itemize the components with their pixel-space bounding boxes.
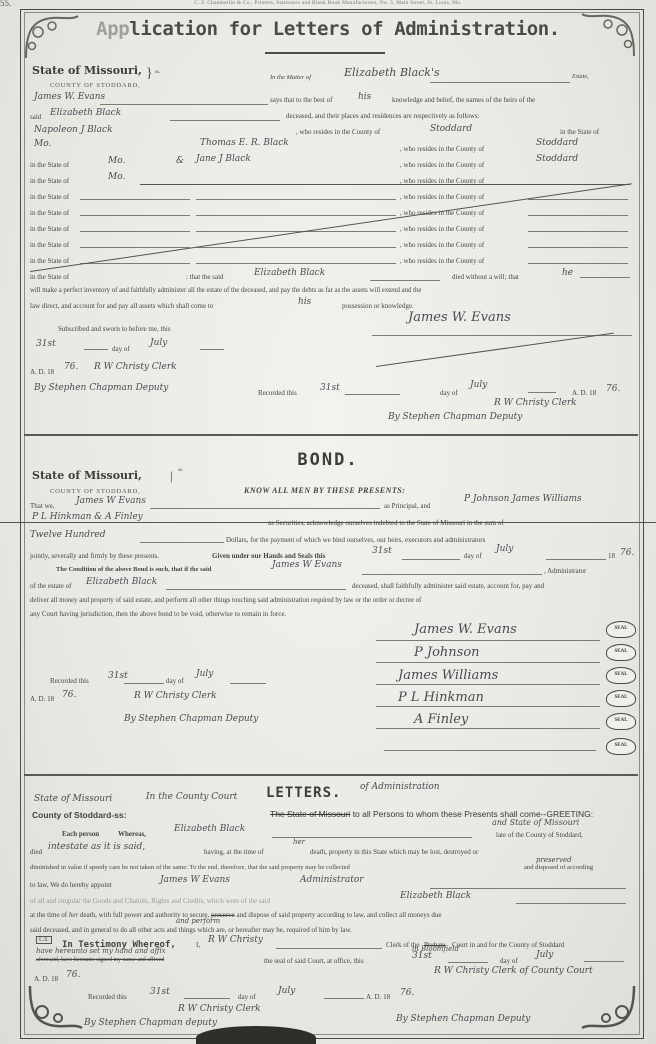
bond-signer: James W. Evans [414, 622, 517, 637]
bond-deputy: By Stephen Chapman Deputy [124, 714, 258, 724]
bond-title: BOND. [0, 450, 656, 470]
letters-testimony-month: July [536, 950, 553, 960]
deputy-signature: By Stephen Chapman Deputy [34, 383, 168, 393]
application-body: will make a perfect inventory of and fai… [30, 287, 421, 294]
bond-venue-state: State of Missouri, [32, 469, 142, 482]
bond-recorded-day: 31st [108, 671, 128, 681]
printer-imprint: C. F. Chamberlin & Co., Printers, Statio… [0, 0, 656, 6]
letters-recorded-day: 31st [150, 987, 170, 997]
corner-ornament-icon [26, 982, 86, 1032]
letters-goods-name: Elizabeth Black [400, 891, 471, 901]
recorded-clerk: R W Christy Clerk [494, 398, 577, 408]
letters-intestate: intestate as it is said, [48, 842, 145, 852]
title-rule [265, 52, 385, 54]
bond-signer: P L Hinkman [398, 690, 484, 705]
seal-icon: SEAL [606, 713, 636, 730]
heir-state: Mo. [108, 156, 125, 166]
letters-appointee: James W Evans [160, 875, 230, 885]
venue-ss: ss. [155, 70, 160, 75]
recorded-month: July [470, 380, 487, 390]
heir-name: Thomas E. R. Black [200, 138, 289, 148]
ink-blotch [196, 1026, 316, 1044]
bond-sum: Twelve Hundred [30, 530, 105, 540]
letters-recorded-month: July [278, 986, 295, 996]
letters-deputy-right: By Stephen Chapman Deputy [396, 1014, 530, 1024]
clerk-signature: R W Christy Clerk [94, 362, 177, 372]
bond-signer: A Finley [414, 712, 468, 727]
heir-name: Napoleon J Black [34, 125, 113, 135]
letters-appointee-role: Administrator [300, 875, 364, 885]
bond-principal: James W Evans [76, 496, 146, 506]
know-all-men: KNOW ALL MEN BY THESE PRESENTS: [244, 486, 405, 495]
letters-recorded-clerk: R W Christy Clerk [178, 1004, 261, 1014]
letters-title: LETTERS. [266, 785, 341, 801]
bond-securities: P Johnson James Williams [464, 494, 582, 504]
sworn-year: 76. [64, 362, 78, 372]
section-divider [24, 434, 638, 436]
deceased-name: Elizabeth Black [50, 108, 121, 118]
heir-county: Stoddard [536, 154, 578, 164]
ls-mark: L.S. [36, 936, 52, 944]
bond-estate-name: Elizabeth Black [86, 577, 157, 587]
bond-given-month: July [496, 544, 513, 554]
letters-deceased: Elizabeth Black [174, 824, 245, 834]
letters-venue-state: State of Missouri [34, 794, 112, 804]
sworn-month: July [150, 338, 167, 348]
seal-icon: SEAL [606, 644, 636, 661]
matter-label: In the Matter of [270, 74, 311, 81]
recorded-deputy: By Stephen Chapman Deputy [388, 412, 522, 422]
applicant-signature: James W. Evans [408, 310, 511, 325]
bond-clerk: R W Christy Clerk [134, 691, 217, 701]
venue-brace: } [146, 66, 153, 82]
bond-venue-county: COUNTY OF STODDARD, [50, 488, 141, 495]
bond-signer: P Johnson [414, 645, 480, 660]
bond-administrator: James W Evans [272, 560, 342, 570]
letters-clerk: R W Christy [208, 935, 263, 945]
pronoun: his [358, 92, 371, 102]
venue-state: State of Missouri, [32, 64, 142, 77]
bond-signer: James Williams [398, 668, 498, 683]
applicant-name: James W. Evans [34, 92, 105, 102]
recorded-day: 31st [320, 383, 340, 393]
bond-securities: P L Hinkman & A Finley [32, 512, 143, 522]
heir-name: Jane J Black [196, 154, 251, 164]
letters-clerk-county: R W Christy Clerk of County Court [434, 966, 593, 976]
heir-state: Mo. [34, 139, 51, 149]
seal-icon: SEAL [606, 690, 636, 707]
heir-county: Stoddard [536, 138, 578, 148]
letters-title-suffix: of Administration [360, 782, 440, 792]
bond-recorded-month: July [196, 669, 213, 679]
section-divider [24, 774, 638, 776]
letters-recorded-deputy: By Stephen Chapman deputy [84, 1018, 217, 1028]
heir-county: Stoddard [430, 124, 472, 134]
matter-name: Elizabeth Black's [344, 66, 440, 79]
letters-testimony-day: 31st [412, 951, 432, 961]
bond-given-day: 31st [372, 546, 392, 556]
letters-venue-county: County of Stoddard-ss: [32, 810, 126, 820]
died-name: Elizabeth Black [254, 268, 325, 278]
seal-icon: SEAL [606, 667, 636, 684]
document-page: 55. C. F. Chamberlin & Co., Printers, St… [0, 0, 656, 1044]
heir-state: Mo. [108, 172, 125, 182]
seal-icon: SEAL [606, 621, 636, 638]
corner-ornament-icon [578, 982, 638, 1032]
application-title: Application for Letters of Administratio… [0, 18, 656, 40]
estate-label: Estate, [572, 74, 589, 80]
venue-county: COUNTY OF STODDARD, [50, 82, 141, 89]
sworn-day: 31st [36, 339, 56, 349]
seal-icon: SEAL [606, 738, 636, 755]
letters-court: In the County Court [146, 792, 237, 802]
